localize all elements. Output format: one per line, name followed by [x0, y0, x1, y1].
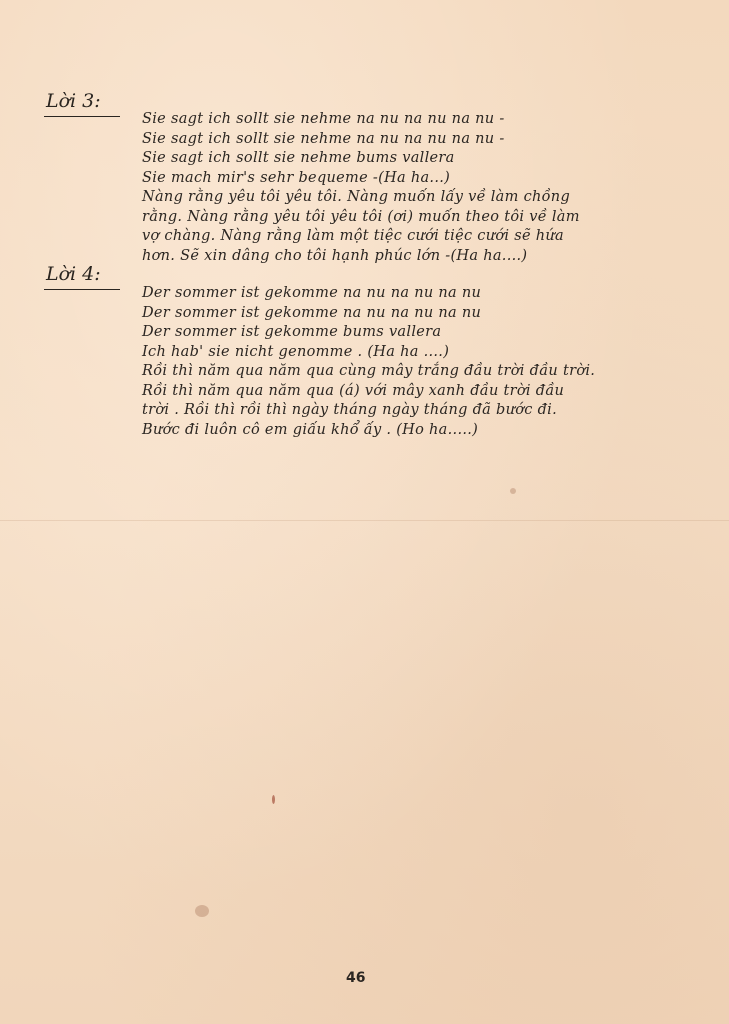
lyric-line: Sie sagt ich sollt sie nehme bums valler…: [142, 149, 672, 169]
lyric-line: Sie mach mir's sehr bequeme -(Ha ha...): [142, 169, 672, 189]
lyric-line: Bước đi luôn cô em giấu khổ ấy . (Ho ha.…: [142, 421, 672, 441]
lyric-line: Der sommer ist gekomme bums vallera: [142, 323, 672, 343]
lyric-line: vợ chàng. Nàng rằng làm một tiệc cưới ti…: [142, 227, 672, 247]
paper-fold-line: [0, 520, 729, 521]
lyric-line: Der sommer ist gekomme na nu na nu na nu: [142, 304, 672, 324]
page-number: 46: [346, 970, 365, 986]
lyric-line: Nàng rằng yêu tôi yêu tôi. Nàng muốn lấy…: [142, 188, 672, 208]
verse-4-lines: Der sommer ist gekomme na nu na nu na nu…: [142, 284, 672, 440]
lyric-line: Rồi thì năm qua năm qua cùng mây trắng đ…: [142, 362, 672, 382]
lyric-line: Ich hab' sie nicht genomme . (Ha ha ....…: [142, 343, 672, 363]
lyric-line: trời . Rồi thì rồi thì ngày tháng ngày t…: [142, 401, 672, 421]
lyric-line: Der sommer ist gekomme na nu na nu na nu: [142, 284, 672, 304]
verse-3-label: Lời 3:: [44, 90, 120, 117]
lyric-line: rằng. Nàng rằng yêu tôi yêu tôi (ơi) muố…: [142, 208, 672, 228]
verse-4-label: Lời 4:: [44, 263, 120, 290]
paper-stain: [195, 905, 209, 917]
lyric-line: Sie sagt ich sollt sie nehme na nu na nu…: [142, 130, 672, 150]
lyric-line: Sie sagt ich sollt sie nehme na nu na nu…: [142, 110, 672, 130]
ink-speck: [272, 795, 275, 804]
lyric-line: hơn. Sẽ xin dâng cho tôi hạnh phúc lớn -…: [142, 247, 672, 267]
verse-3-lines: Sie sagt ich sollt sie nehme na nu na nu…: [142, 110, 672, 266]
paper-stain: [510, 488, 516, 494]
lyric-line: Rồi thì năm qua năm qua (á) với mây xanh…: [142, 382, 672, 402]
